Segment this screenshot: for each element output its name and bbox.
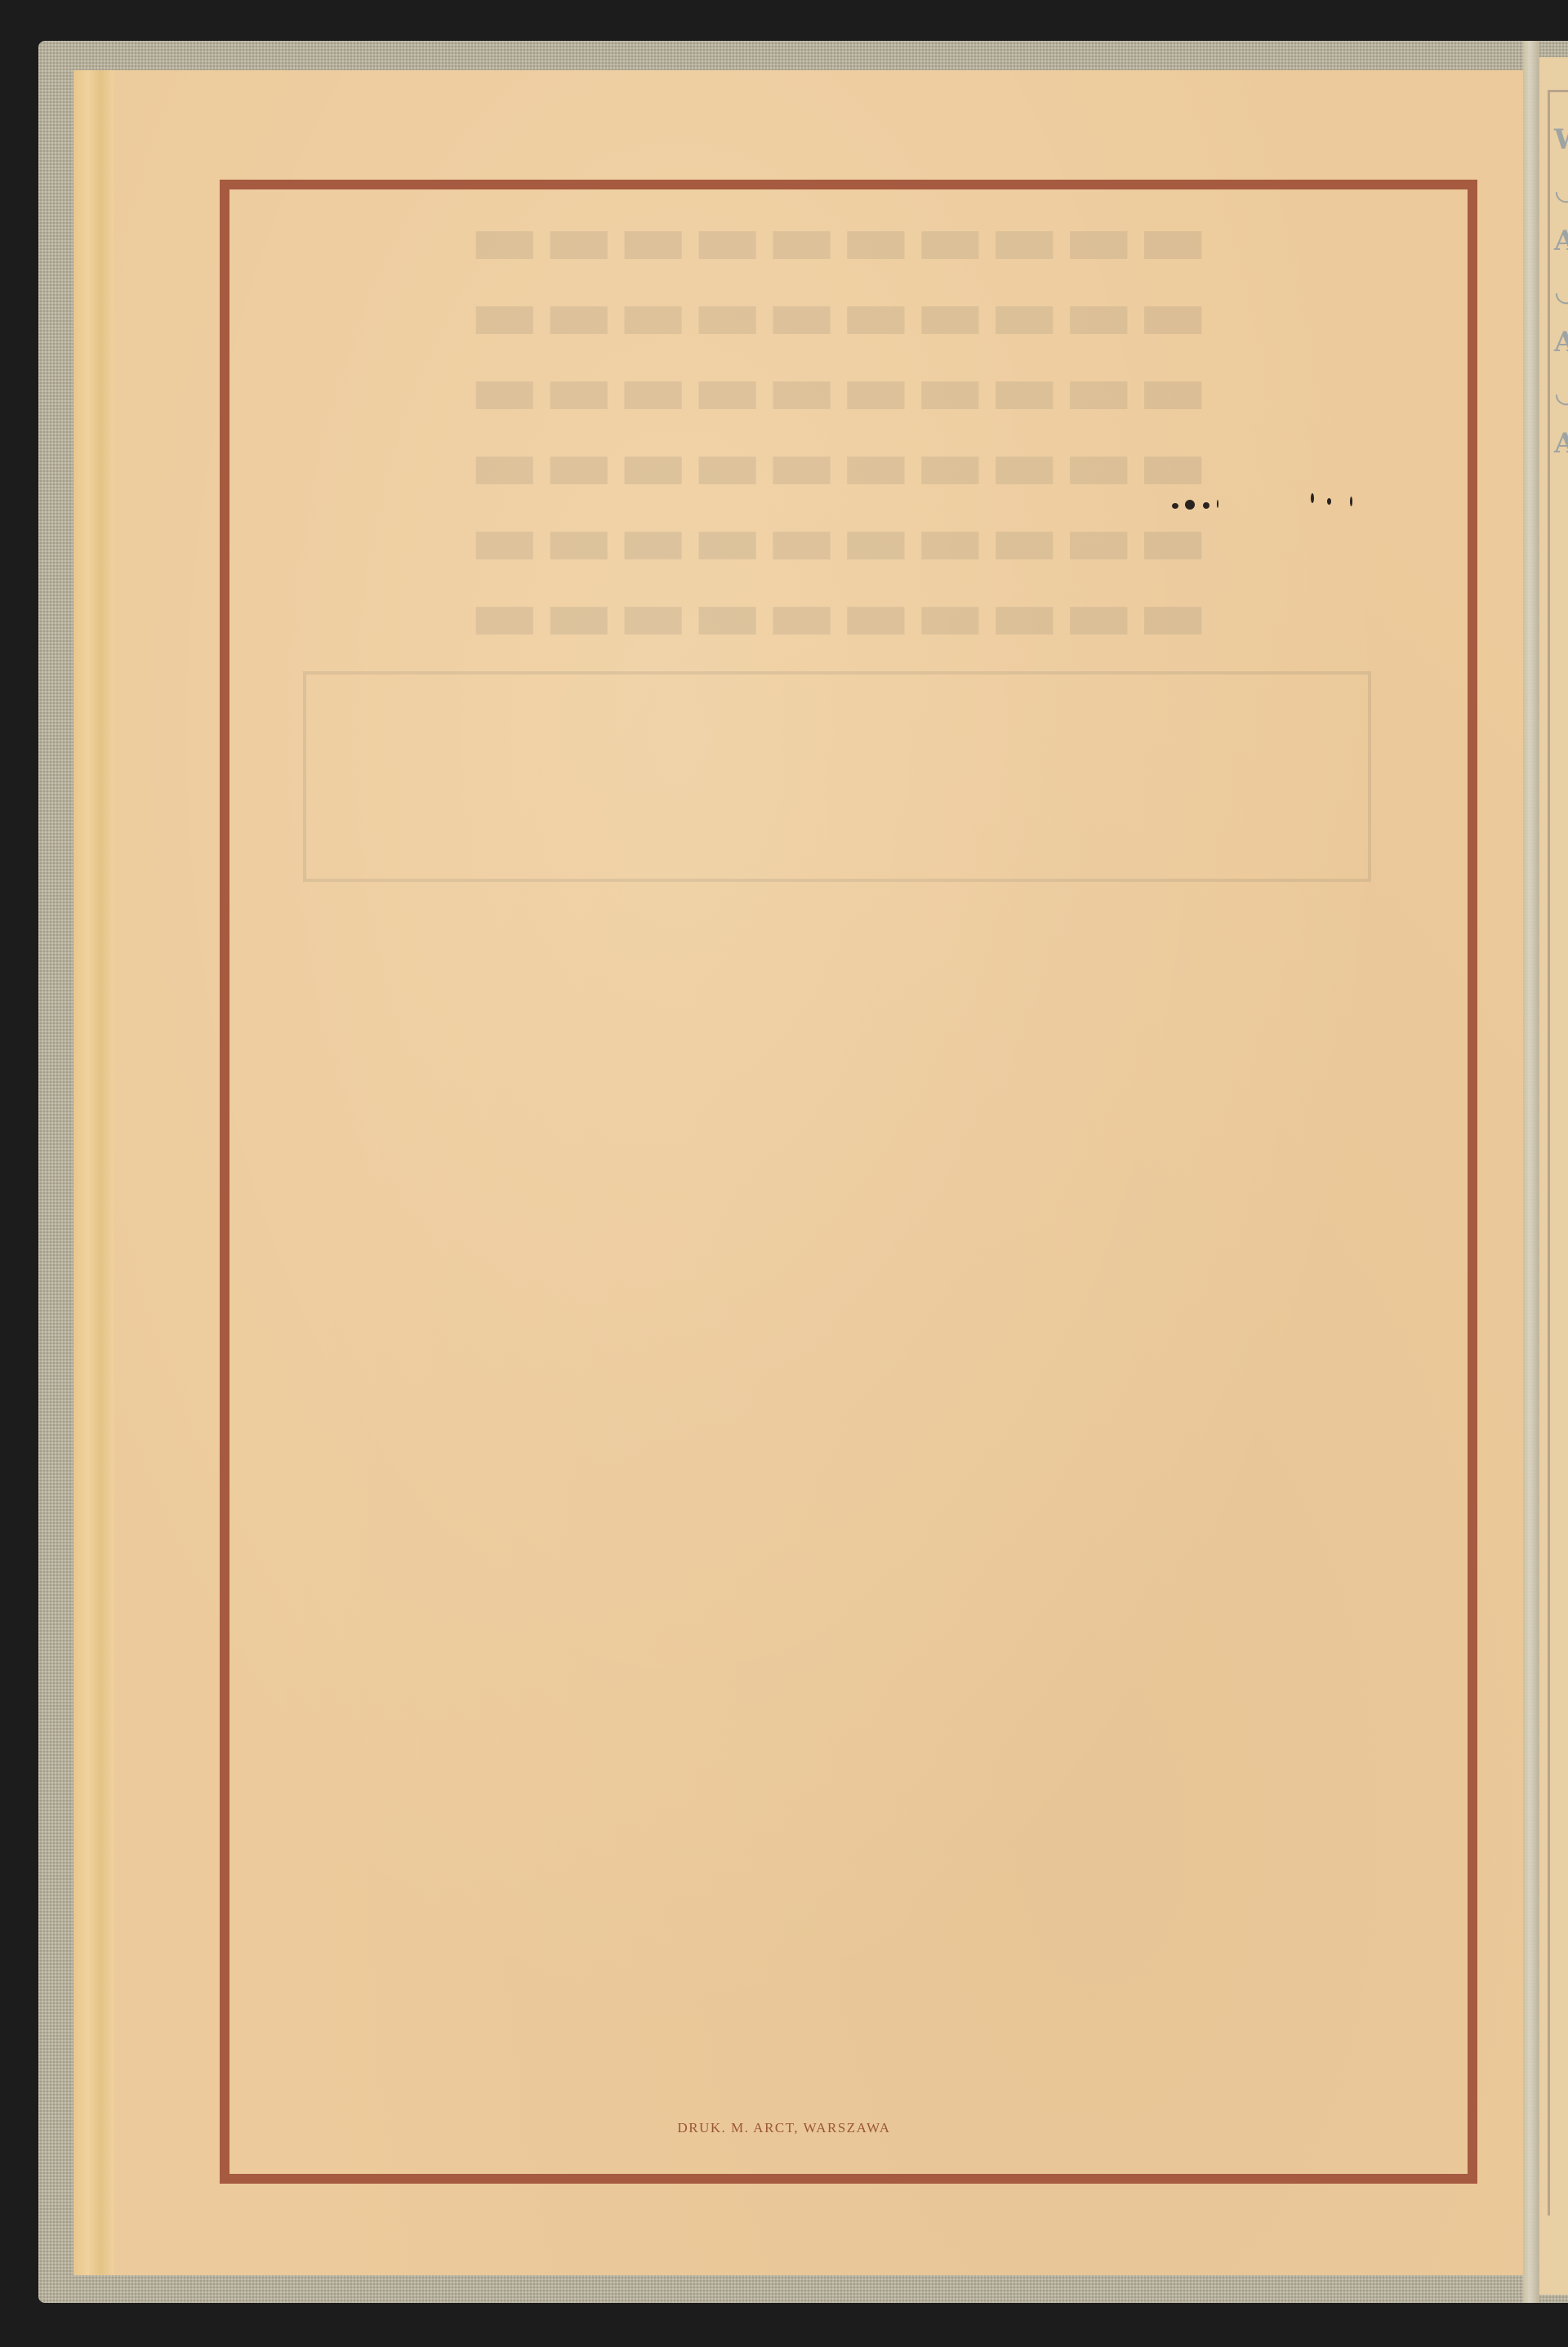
book-page: ▬▬▬▬▬▬▬▬▬▬ ▬▬▬▬▬▬▬▬▬▬ ▬▬▬▬▬▬▬▬▬▬ ▬▬▬▬▬▬▬… bbox=[114, 70, 1523, 2275]
printer-imprint: DRUK. M. ARCT, WARSZAWA bbox=[0, 2120, 1568, 2136]
page-border-frame bbox=[220, 180, 1477, 2184]
next-page-ornament: W ◡ A ◡ A ◡ A bbox=[1554, 114, 1568, 469]
ink-specks bbox=[1156, 493, 1360, 518]
next-page-strip: W ◡ A ◡ A ◡ A bbox=[1539, 57, 1568, 2295]
spine-gutter bbox=[1523, 41, 1539, 2303]
